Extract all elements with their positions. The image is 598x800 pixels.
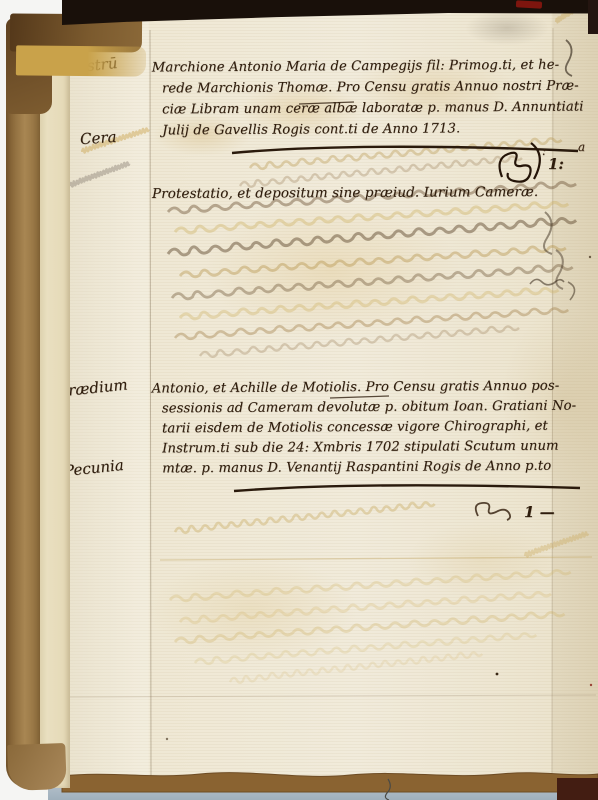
facing-page-letter-a: a — [578, 140, 585, 154]
book-edge-dark-corner — [588, 0, 598, 34]
entry-line: Julij de Gavellis Rogis cont.ti de Anno … — [162, 117, 584, 141]
entry-3-text-block: Antonio, et Achille de Motiolis. Pro Cen… — [152, 377, 577, 480]
entry-line: mtæ. p. manus D. Venantij Raspantini Rog… — [162, 457, 576, 480]
entry-line: Marchione Antonio Maria de Campegijs fil… — [152, 54, 584, 78]
red-binding-streak — [516, 0, 542, 8]
facing-page-letter-colon: : — [542, 144, 546, 158]
entry-line: Protestatio, et depositum sine præiud. I… — [152, 182, 538, 205]
entry-line: rede Marchionis Thomæ. Pro Censu gratis … — [162, 75, 584, 99]
margin-annotation-cera: Cera — [79, 128, 117, 149]
entry-3-amount: 1 — — [524, 503, 555, 521]
scanner-background-strip — [48, 782, 598, 800]
entry-line: ciæ Libram unam ceræ albæ laboratæ p. ma… — [162, 96, 584, 120]
entry-1-text-block: Marchione Antonio Maria de Campegijs fil… — [152, 54, 584, 141]
parchment-leaf-bottom-corner — [7, 743, 67, 791]
parchment-leaf-edge — [6, 18, 40, 788]
tan-leaf-edge — [16, 45, 146, 76]
entry-1-amount: 1: — [548, 155, 564, 173]
scanned-manuscript-page: Astrū Cera Marchione Antonio Maria de Ca… — [0, 0, 598, 800]
entry-2-text-block: Protestatio, et depositum sine præiud. I… — [152, 182, 538, 205]
